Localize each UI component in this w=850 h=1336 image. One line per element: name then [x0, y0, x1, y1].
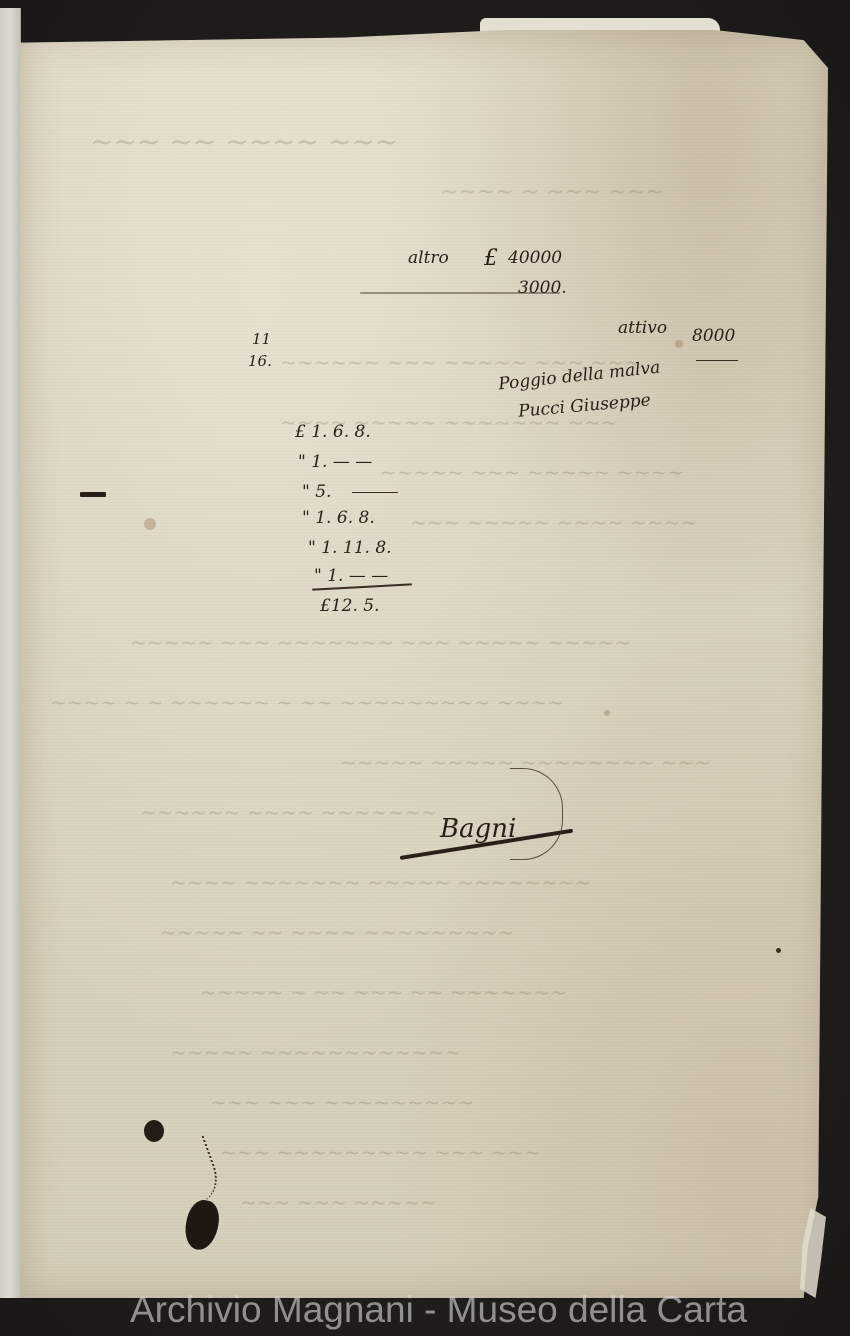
bleed-through-text: ~~~ ~~~ ~~~~~	[240, 1190, 437, 1214]
ledger-denari: —	[355, 452, 372, 472]
ledger-prefix: "	[308, 538, 316, 558]
paper-stain	[144, 518, 156, 530]
bleed-through-text: ~~~~ ~ ~ ~~~~~~ ~ ~~ ~~~~~~~~~ ~~~~	[50, 690, 564, 714]
paper-stain	[604, 710, 610, 716]
ink-blot-drip	[139, 1135, 228, 1205]
amount-3000: 3000.	[518, 278, 567, 298]
ledger-lire: 1.	[311, 452, 327, 472]
ledger-lire: 1.	[321, 538, 337, 558]
paper-stain	[675, 340, 683, 348]
bleed-through-text: ~~~~~ ~~~~~~~~~~~~	[170, 1040, 461, 1064]
amount-label-altro: altro	[408, 248, 449, 268]
bleed-through-text: ~~~~~~ ~~~~ ~~~~~~~	[140, 800, 438, 824]
ledger-row: " 1. — —	[314, 566, 388, 586]
bleed-through-text: ~~~~~ ~~~ ~~~~~~~ ~~~ ~~~~~ ~~~~~	[130, 630, 631, 654]
ink-dot	[776, 948, 781, 953]
margin-number-bottom: 16.	[248, 352, 272, 370]
dash-rule	[696, 360, 738, 361]
ledger-denari: 8.	[375, 538, 391, 558]
bleed-through-text: ~~~~~ ~~ ~~~~ ~~~~~~~~~	[160, 920, 514, 944]
bleed-through-text: ~~~~ ~ ~~~ ~~~	[440, 180, 664, 205]
amount-40000: 40000	[508, 248, 562, 268]
signature-loop	[510, 768, 563, 860]
ink-blot-bottom	[181, 1197, 223, 1253]
archive-watermark: Archivio Magnani - Museo della Carta	[130, 1289, 747, 1331]
ledger-soldi: —	[349, 566, 366, 586]
margin-dash-mark	[80, 492, 106, 497]
ledger-prefix: "	[302, 482, 310, 502]
bleed-through-text: ~~~~ ~~~~~~~ ~~~~~ ~~~~~~~~	[170, 870, 591, 894]
ledger-denari: 8.	[355, 422, 371, 442]
ledger-prefix: "	[314, 566, 322, 586]
currency-symbol: £	[484, 246, 498, 271]
ledger-prefix: "	[302, 508, 310, 528]
ledger-row: " 1. 11. 8.	[308, 538, 392, 558]
underline-rule	[360, 292, 560, 294]
bleed-through-text: ~~~~~ ~ ~~ ~~~ ~~ ~~~~~~~	[200, 980, 567, 1004]
manuscript-page: ~~~ ~~ ~~~~ ~~~ ~~~~ ~ ~~~ ~~~ ~~~~~~ ~~…	[20, 30, 828, 1298]
ledger-soldi: —	[333, 452, 350, 472]
ledger-lire: 5.	[315, 482, 331, 502]
bleed-through-text: ~~~ ~~~ ~~~~~~~~~	[210, 1090, 474, 1114]
margin-number-top: 11	[252, 330, 271, 348]
ledger-soldi: 11.	[343, 538, 370, 558]
ledger-denari: 8.	[359, 508, 375, 528]
ledger-lire: 1.	[327, 566, 343, 586]
ledger-prefix: "	[298, 452, 306, 472]
bleed-through-text: ~~~ ~~~~~ ~~~~ ~~~~	[410, 510, 697, 534]
ledger-row: " 1. 6. 8.	[302, 508, 375, 528]
ledger-lire: 1.	[315, 508, 331, 528]
ledger-row: " 5.	[302, 482, 331, 502]
ledger-denari: —	[371, 566, 388, 586]
bleed-through-text: ~~~ ~~~~~~~~~ ~~~ ~~~	[220, 1140, 541, 1164]
ledger-row: " 1. — —	[298, 452, 372, 472]
dash-rule	[352, 492, 398, 493]
ledger-soldi: 6.	[333, 422, 349, 442]
bleed-through-text: ~~~ ~~ ~~~~ ~~~	[90, 125, 398, 158]
ledger-lire: 1.	[311, 422, 327, 442]
ledger-row: £ 1. 6. 8.	[295, 422, 371, 442]
adjacent-page-edge	[0, 8, 21, 1298]
attivo-amount: 8000	[692, 326, 735, 346]
attivo-label: attivo	[618, 318, 667, 338]
ledger-soldi: 6.	[337, 508, 353, 528]
ledger-prefix: £	[295, 422, 306, 442]
bleed-through-text: ~~~~~ ~~~ ~~~~~ ~~~~	[380, 460, 684, 484]
ledger-total: £12. 5.	[320, 596, 379, 616]
